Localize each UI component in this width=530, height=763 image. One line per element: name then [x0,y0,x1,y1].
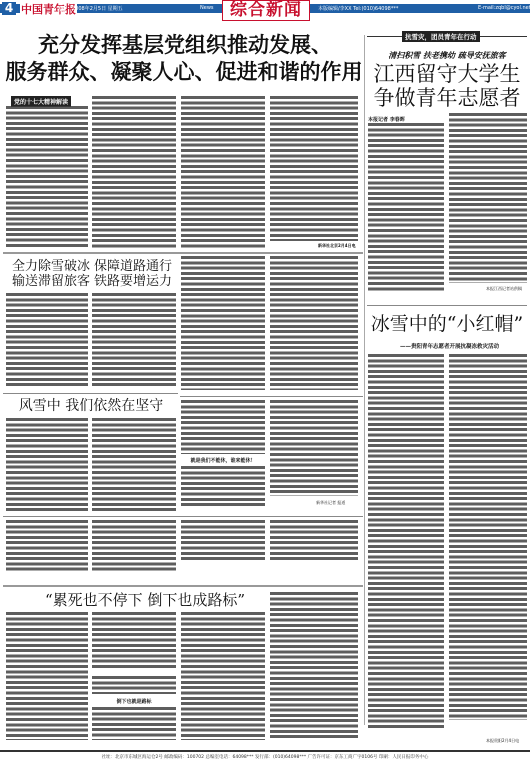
lead-bottom-rule [3,252,363,254]
volunteers-body-col1 [368,123,444,291]
road-body-col2a [92,612,176,670]
lead-body-col4 [270,96,358,241]
snow-headline-right-1: 保障道路通行 [90,259,176,274]
lead-body-col3 [181,96,265,249]
email-address: E-mail:zqbl@cyol.net.cn [478,5,530,11]
snow-bottom-rule [3,393,178,394]
road-body-col4 [270,592,358,740]
snow-headline-left-1: 全力除雪破冰 [8,259,94,274]
editor-info: 本版编辑/李XX Tel:(010)64098*** [318,5,398,12]
road-body-col1 [6,612,88,740]
volunteers-body-col2 [449,113,527,283]
volunteers-bottom-rule [367,305,527,306]
snow-body-col1 [6,293,88,387]
snow-headline-left-2: 输送滞留旅客 [8,274,94,289]
road-subhead-2: 倒下也就是路标 [92,698,176,705]
hold-on-bottom-rule [3,516,363,517]
page-number: 4 [2,2,16,15]
volunteers-credit: 本报江西记者站供稿 [486,286,522,292]
red-hats-subhead: ——贵阳青年志愿者开展抗凝冻救灾活动 [372,342,527,350]
road-body-col2b [92,676,176,694]
volunteers-kicker: 抗雪灾，团员青年在行动 [402,31,480,42]
volunteers-byline: 本报记者 李春晖 [368,116,405,123]
mid-bottom-rule [3,585,363,587]
road-body-col3 [181,612,265,740]
lead-headline-line2: 服务群众、凝聚人心、促进和谐的作用 [4,60,364,84]
snow-bottom-rule-right [180,396,363,397]
hold-on-headline: 风雪中 我们依然在坚守 [4,397,178,415]
hold-on-body-col4 [270,400,358,496]
snow-headline-right-2: 铁路要增运力 [90,274,176,289]
section-title: 综合新闻 [222,0,310,21]
masthead-slashes: ///// [58,5,66,13]
lead-body-col2 [92,96,176,249]
red-hats-body-col2 [449,354,527,720]
red-hats-credit: 本报贵阳2月4日电 [486,738,519,744]
hold-on-cont-col2 [92,520,176,572]
hold-on-cont-col3 [181,520,265,562]
hold-on-cont-col4 [270,520,358,562]
lead-body-col1 [6,106,88,249]
snow-body-col3 [181,256,265,390]
hold-on-body-col3b [181,466,265,508]
lead-headline-line1: 充分发挥基层党组织推动发展、 [10,33,360,57]
column-divider [364,35,365,725]
hold-on-body-col2 [92,418,176,512]
masthead-date: 2008年2月5日 星期五 [72,5,123,12]
volunteers-subhead: 清扫积雪 扶老携幼 疏导安抚旅客 [367,50,527,61]
news-label: News [200,5,214,11]
volunteers-headline-line2: 争做青年志愿者 [366,86,528,110]
snow-body-col2 [92,293,176,387]
road-markers-headline: “累死也不停下 倒下也成路标” [20,590,270,610]
hold-on-credit: 新华社记者 报道 [316,500,345,506]
red-hats-headline: 冰雪中的“小红帽” [366,312,528,336]
newspaper-logo: 中国青年报 [20,1,77,17]
road-body-col2c [92,707,176,740]
red-hats-body-col1 [368,354,444,728]
hold-on-body-col3a [181,400,265,454]
hold-on-body-col1 [6,418,88,512]
volunteers-headline-line1: 江西留守大学生 [366,62,528,86]
page-footer: 社址：北京市东城区海运仓2号 邮政编码：100702 总编室电话：64098**… [0,750,530,763]
hold-on-cont-col1 [6,520,88,572]
lead-source: 新华社北京2月4日电 [318,243,356,249]
hold-on-subhead: 就是我们不能休，谁来能休！ [181,457,265,464]
snow-body-col4 [270,256,358,390]
